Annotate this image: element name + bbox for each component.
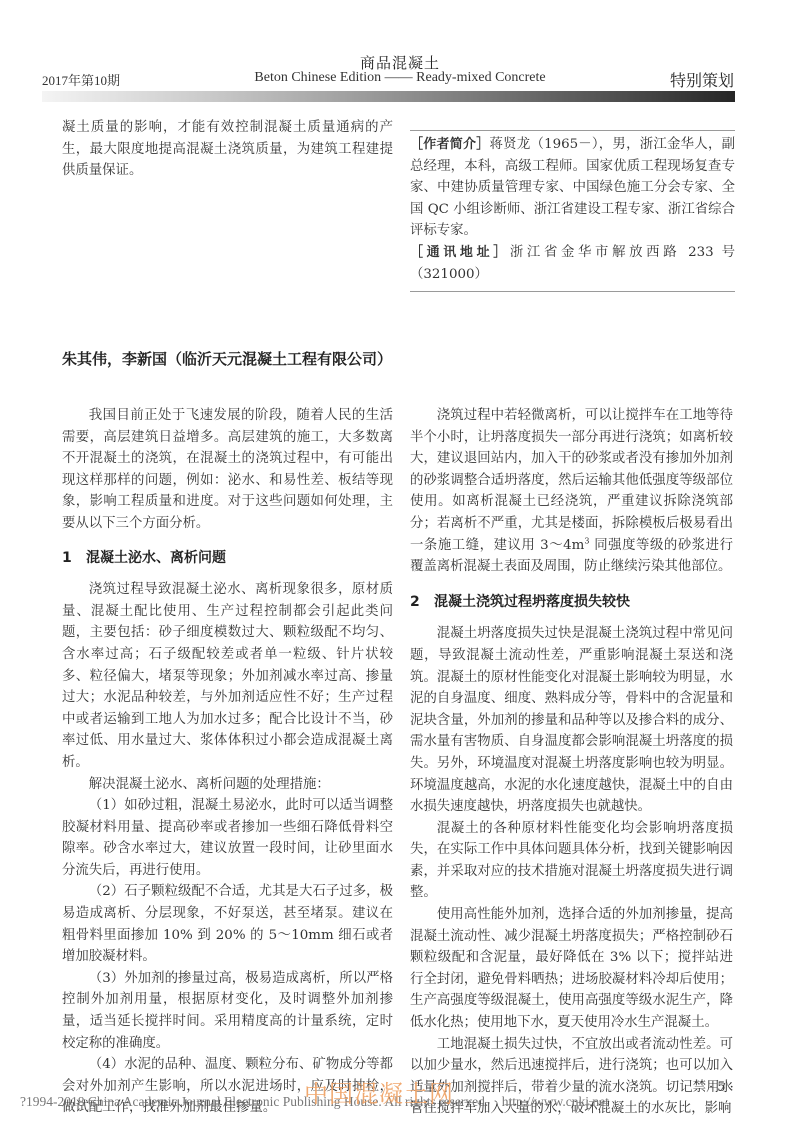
author-bio-text: 蒋贤龙（1965－），男，浙江金华人，副总经理，本科，高级工程师。国家优质工程现… — [410, 137, 735, 238]
header-gradient-bar — [42, 91, 735, 102]
section-2-paragraph-1: 混凝土坍落度损失过快是混凝土浇筑过程中常见问题，导致混凝土流动性差，严重影响混凝… — [410, 623, 733, 817]
section-label: 特别策划 — [670, 68, 734, 91]
watermark-logo: 中国混凝土网 — [304, 1074, 454, 1109]
author-address: ［通讯地址］浙江省金华市解放西路 233 号（321000） — [410, 242, 735, 285]
section-2-heading: 2混凝土浇筑过程坍落度损失较快 — [410, 592, 733, 614]
section-1-paragraph-2: 解决混凝土泌水、离析问题的处理措施： — [62, 774, 393, 796]
section-1-heading: 1混凝土泌水、离析问题 — [62, 548, 393, 570]
closing-paragraph: 凝土质量的影响，才能有效控制混凝土质量通病的产生，最大限度地提高混凝土浇筑质量，… — [62, 117, 393, 182]
measure-2: （2）石子颗粒级配不合适，尤其是大石子过多，极易造成离析、分层现象，不好泵送，甚… — [62, 881, 393, 967]
left-column: 我国目前正处于飞速发展的阶段，随着人民的生活需要，高层建筑日益增多。高层建筑的施… — [62, 405, 393, 1119]
author-bio-label: ［作者简介］ — [410, 137, 490, 152]
paragraph-text: 浇筑过程中若轻微离析，可以让搅拌车在工地等待半个小时，让坍落度损失一部分再进行浇… — [410, 408, 733, 553]
right-column: 浇筑过程中若轻微离析，可以让搅拌车在工地等待半个小时，让坍落度损失一部分再进行浇… — [410, 405, 733, 1120]
measure-3: （3）外加剂的掺量过高，极易造成离析，所以严格控制外加剂用量，根据原材变化，及时… — [62, 968, 393, 1054]
article-byline: 朱其伟，李新国（临沂天元混凝土工程有限公司） — [62, 348, 392, 369]
section-2-paragraph-3: 使用高性能外加剂，选择合适的外加剂掺量，提高混凝土流动性、减少混凝土坍落度损失；… — [410, 904, 733, 1034]
section-1-paragraph-3: 浇筑过程中若轻微离析，可以让搅拌车在工地等待半个小时，让坍落度损失一部分再进行浇… — [410, 405, 733, 578]
author-bio: ［作者简介］蒋贤龙（1965－），男，浙江金华人，副总经理，本科，高级工程师。国… — [410, 134, 735, 242]
previous-article-closing: 凝土质量的影响，才能有效控制混凝土质量通病的产生，最大限度地提高混凝土浇筑质量，… — [62, 117, 393, 182]
section-1-number: 1 — [62, 548, 86, 570]
intro-paragraph: 我国目前正处于飞速发展的阶段，随着人民的生活需要，高层建筑日益增多。高层建筑的施… — [62, 405, 393, 535]
section-2-paragraph-2: 混凝土的各种原材料性能变化均会影响坍落度损失，在实际工作中具体问题具体分析，找到… — [410, 818, 733, 904]
section-2-number: 2 — [410, 592, 434, 614]
section-1-paragraph-1: 浇筑过程导致混凝土泌水、离析现象很多，原材质量、混凝土配比使用、生产过程控制都会… — [62, 579, 393, 773]
page-number: · 5 · — [709, 1080, 734, 1095]
author-address-label: ［通讯地址］ — [410, 245, 510, 260]
author-info-box: ［作者简介］蒋贤龙（1965－），男，浙江金华人，副总经理，本科，高级工程师。国… — [410, 130, 735, 292]
measure-1: （1）如砂过粗，混凝土易泌水，此时可以适当调整胶凝材料用量、提高砂率或者掺加一些… — [62, 795, 393, 881]
section-1-title: 混凝土泌水、离析问题 — [86, 550, 226, 566]
section-2-title: 混凝土浇筑过程坍落度损失较快 — [434, 594, 630, 610]
